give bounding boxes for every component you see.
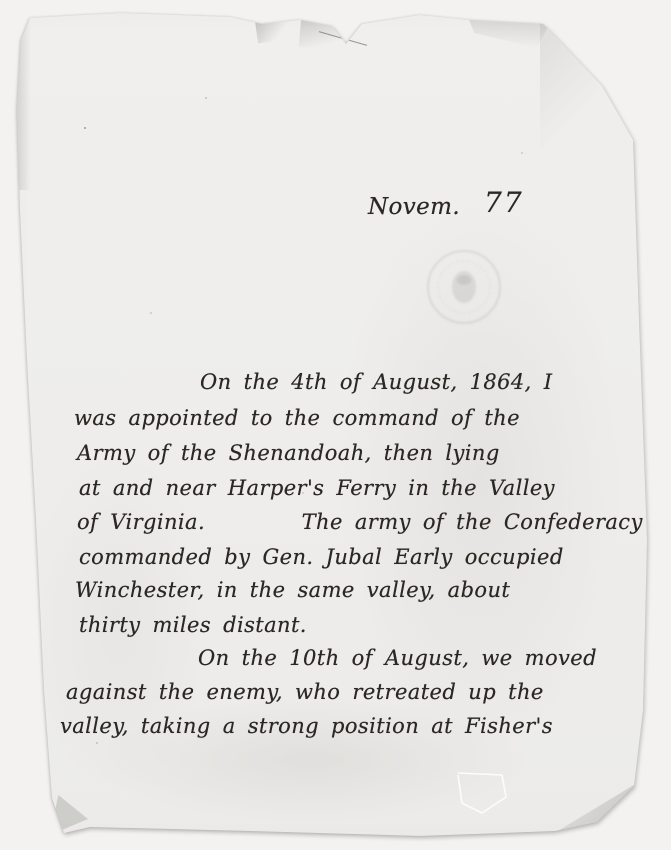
manuscript-line: of Virginia. The army of the Confederacy <box>77 510 643 534</box>
manuscript-line: at and near Harper's Ferry in the Valley <box>79 476 555 500</box>
manuscript-line: valley, taking a strong position at Fish… <box>60 714 553 738</box>
tear-crease-line <box>319 31 367 46</box>
manuscript-line: Army of the Shenandoah, then lying <box>77 441 500 465</box>
folded-corner <box>50 795 88 835</box>
manuscript-line: was appointed to the command of the <box>74 406 520 430</box>
embossed-circular-seal <box>425 248 503 326</box>
paper-specks <box>0 0 2 2</box>
manuscript-line: commanded by Gen. Jubal Early occupied <box>79 545 564 569</box>
manuscript-line: On the 10th of August, we moved <box>198 646 597 670</box>
folded-corner <box>556 780 642 832</box>
manuscript-line: thirty miles distant. <box>79 613 307 637</box>
page-header-number: 77 <box>484 186 524 219</box>
clipped-corner-shadow <box>540 22 644 148</box>
manuscript-line: On the 4th of August, 1864, I <box>200 370 553 394</box>
manuscript-line: against the enemy, who retreated up the <box>66 680 544 704</box>
page-header-month: Novem. <box>368 194 460 220</box>
torn-edge-mark <box>299 15 352 51</box>
torn-edge-mark <box>465 14 550 49</box>
left-edge-shadow <box>15 20 31 190</box>
manuscript-line: Winchester, in the same valley, about <box>75 578 510 602</box>
crease-scratch-mark <box>450 765 520 825</box>
manuscript-paper-sheet: Novem. 77 On the 4th of August, 1864, I … <box>0 0 671 850</box>
torn-edge-mark <box>254 11 294 44</box>
scanned-page-background: Novem. 77 On the 4th of August, 1864, I … <box>0 0 671 850</box>
